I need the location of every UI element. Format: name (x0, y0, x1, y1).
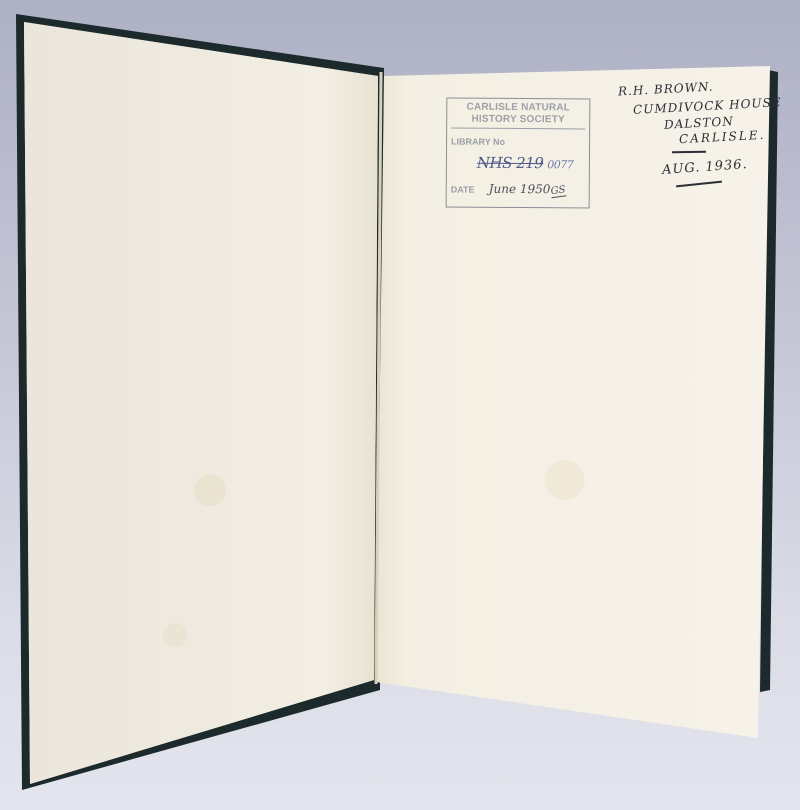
library-number-label: LIBRARY No (451, 137, 505, 147)
library-stamp: CARLISLE NATURAL HISTORY SOCIETY LIBRARY… (446, 97, 591, 208)
photo-scene: CARLISLE NATURAL HISTORY SOCIETY LIBRARY… (0, 0, 800, 810)
date-value: June 1950 (489, 182, 551, 196)
stamp-heading: CARLISLE NATURAL HISTORY SOCIETY (451, 102, 585, 130)
stamp-heading-line2: HISTORY SOCIETY (451, 114, 585, 127)
stamp-initials: GS (550, 184, 566, 198)
stamp-heading-line1: CARLISLE NATURAL (451, 102, 585, 115)
library-number-suffix: 0077 (547, 158, 573, 171)
date-label: DATE (451, 185, 475, 195)
library-number-value: NHS 2190077 (477, 154, 574, 173)
library-number-struck: NHS 219 (477, 154, 544, 172)
